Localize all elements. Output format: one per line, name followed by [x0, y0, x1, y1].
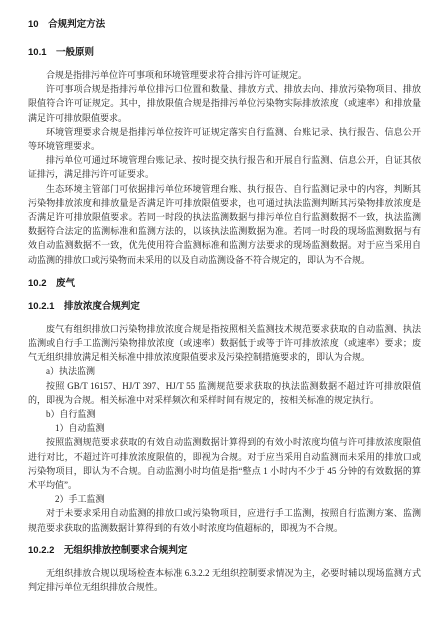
paragraph: 按照 GB/T 16157、HJ/T 397、HJ/T 55 监测规范要求获取的… — [28, 379, 421, 407]
section-heading-10-2-1: 10.2.1排放浓度合规判定 — [28, 300, 421, 314]
list-item-b2: 2）手工监测 — [28, 492, 421, 506]
paragraph: 生态环境主管部门可依据排污单位环境管理台账、执行报告、自行监测记录中的内容，判断… — [28, 182, 421, 267]
list-item-b1: 1）自动监测 — [28, 421, 421, 435]
section-heading-10: 10合规判定方法 — [28, 18, 421, 32]
paragraph: 按照监测规范要求获取的有效自动监测数据计算得到的有效小时浓度均值与许可排放浓度限… — [28, 435, 421, 492]
heading-title: 无组织排放控制要求合规判定 — [64, 545, 188, 556]
section-heading-10-2: 10.2废气 — [28, 277, 421, 291]
paragraph: 环境管理要求合规是指排污单位按许可证规定落实自行监测、台账记录、执行报告、信息公… — [28, 125, 421, 153]
paragraph: 合规是指排污单位许可事项和环境管理要求符合排污许可证规定。 — [28, 68, 421, 82]
heading-number: 10.2 — [28, 278, 47, 289]
heading-title: 一般原则 — [56, 47, 94, 58]
heading-number: 10 — [28, 19, 39, 30]
heading-title: 合规判定方法 — [48, 19, 105, 30]
section-heading-10-2-2: 10.2.2无组织排放控制要求合规判定 — [28, 544, 421, 558]
list-item-a: a）执法监测 — [28, 364, 421, 378]
document-page: 10合规判定方法 10.1一般原则 合规是指排污单位许可事项和环境管理要求符合排… — [0, 0, 448, 619]
paragraph: 许可事项合规是指排污单位排污口位置和数量、排放方式、排放去向、排放污染物项目、排… — [28, 82, 421, 125]
heading-number: 10.2.2 — [28, 545, 54, 556]
paragraph: 对于未要求采用自动监测的排放口或污染物项目，应进行手工监测，按照自行监测方案、监… — [28, 506, 421, 534]
section-heading-10-1: 10.1一般原则 — [28, 46, 421, 60]
heading-number: 10.1 — [28, 47, 47, 58]
heading-number: 10.2.1 — [28, 301, 54, 312]
list-item-b: b）自行监测 — [28, 407, 421, 421]
paragraph: 排污单位可通过环境管理台账记录、按时提交执行报告和开展自行监测、信息公开，自证其… — [28, 153, 421, 181]
heading-title: 排放浓度合规判定 — [64, 301, 140, 312]
paragraph: 无组织排放合规以现场检查本标准 6.3.2.2 无组织控制要求情况为主，必要时辅… — [28, 566, 421, 594]
paragraph: 废气有组织排放口污染物排放浓度合规是指按照相关监测技术规范要求获取的自动监测、执… — [28, 322, 421, 365]
heading-title: 废气 — [56, 278, 75, 289]
